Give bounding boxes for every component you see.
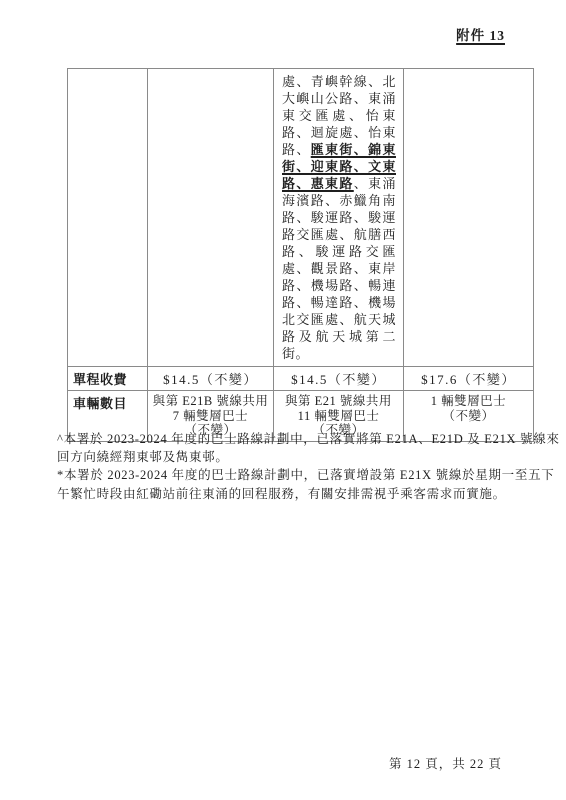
route-line: 路、機場路、暢連 <box>282 277 396 294</box>
route-line: 北交匯處、航天城 <box>282 311 396 328</box>
fare-cell: $17.6（不變） <box>404 367 534 391</box>
route-line: 路、駿運路、駿運 <box>282 209 396 226</box>
route-text-segment: 路、暢達路、機場 <box>282 295 396 310</box>
route-line: 路及航天城第二 <box>282 328 396 345</box>
route-line: 海濱路、赤鱲角南 <box>282 192 396 209</box>
route-line: 路、迴旋處、怡東 <box>282 124 396 141</box>
route-line: 路、匯東街、錦東 <box>282 141 396 158</box>
route-line: 處、青嶼幹線、北 <box>282 73 396 90</box>
route-text-segment: 路、駿運路交匯 <box>282 244 396 259</box>
route-text-segment: 路交匯處、航膳西 <box>282 227 396 242</box>
footnote-line: 回方向繞經翔東邨及雋東邨。 <box>57 448 519 466</box>
route-line: 東交匯處、怡東 <box>282 107 396 124</box>
route-description-cell: 處、青嶼幹線、北 大嶼山公路、東涌 東交匯處、怡東 路、迴旋處、怡東 路、匯東街… <box>274 69 404 367</box>
route-line: 路、惠東路、東涌 <box>282 175 396 192</box>
route-text-segment: 海濱路、赤鱲角南 <box>282 193 396 208</box>
route-text-segment: 路、迴旋處、怡東 <box>282 125 396 140</box>
footnote-line: ^本署於 2023-2024 年度的巴士路線計劃中，已落實將第 E21A、E21… <box>57 430 519 448</box>
route-text-segment: 處、青嶼幹線、北 <box>282 74 396 89</box>
route-line: 街。 <box>282 345 396 362</box>
route-text-segment: 、東涌 <box>354 176 396 191</box>
vehicle-cell-line: 與第 E21 號線共用 <box>276 394 401 409</box>
route-text-segment: 路、駿運路、駿運 <box>282 210 396 225</box>
route-line: 處、觀景路、東岸 <box>282 260 396 277</box>
route-text-highlight: 街、迎東路、文東 <box>282 159 396 174</box>
route-line: 路、暢達路、機場 <box>282 294 396 311</box>
footnote-line: *本署於 2023-2024 年度的巴士路線計劃中，已落實增設第 E21X 號線… <box>57 466 519 484</box>
fare-cell: $14.5（不變） <box>274 367 404 391</box>
page-footer: 第 12 頁，共 22 頁 <box>0 754 502 772</box>
empty-cell <box>68 69 148 367</box>
fare-row-header: 單程收費 <box>68 367 148 391</box>
route-line: 路、駿運路交匯 <box>282 243 396 260</box>
route-line: 街、迎東路、文東 <box>282 158 396 175</box>
route-line: 路交匯處、航膳西 <box>282 226 396 243</box>
routes-table: 處、青嶼幹線、北 大嶼山公路、東涌 東交匯處、怡東 路、迴旋處、怡東 路、匯東街… <box>67 68 534 442</box>
vehicle-cell-line: （不變） <box>406 409 531 424</box>
vehicle-cell-line: 7 輛雙層巴士 <box>150 409 271 424</box>
route-text-segment: 街。 <box>282 346 309 361</box>
footnote-line: 午繁忙時段由紅磡站前往東涌的回程服務，有關安排需視乎乘客需求而實施。 <box>57 485 519 503</box>
document-page: 附件 13 處、青嶼幹線、北 大嶼山公路、東涌 東交匯處、怡東 路、迴旋處、怡東… <box>0 0 566 800</box>
empty-cell <box>404 69 534 367</box>
route-line: 大嶼山公路、東涌 <box>282 90 396 107</box>
vehicle-cell-line: 與第 E21B 號線共用 <box>150 394 271 409</box>
vehicle-cell-line: 1 輛雙層巴士 <box>406 394 531 409</box>
attachment-heading-label: 附件 13 <box>456 28 505 43</box>
route-text-segment: 路及航天城第二 <box>282 329 396 344</box>
route-text-segment: 路、機場路、暢連 <box>282 278 396 293</box>
route-text-segment: 東交匯處、怡東 <box>282 108 396 123</box>
fare-row: 單程收費 $14.5（不變） $14.5（不變） $17.6（不變） <box>68 367 534 391</box>
route-text-highlight: 路、惠東路 <box>282 176 354 191</box>
empty-cell <box>148 69 274 367</box>
route-text-highlight: 匯東街、錦東 <box>311 142 396 157</box>
attachment-heading: 附件 13 <box>0 24 505 44</box>
fare-cell: $14.5（不變） <box>148 367 274 391</box>
route-text-segment: 路、 <box>282 142 311 157</box>
route-continuation-row: 處、青嶼幹線、北 大嶼山公路、東涌 東交匯處、怡東 路、迴旋處、怡東 路、匯東街… <box>68 69 534 367</box>
vehicle-cell-line: 11 輛雙層巴士 <box>276 409 401 424</box>
route-text-segment: 大嶼山公路、東涌 <box>282 91 396 106</box>
route-text-segment: 北交匯處、航天城 <box>282 312 396 327</box>
route-text-segment: 處、觀景路、東岸 <box>282 261 396 276</box>
footnotes: ^本署於 2023-2024 年度的巴士路線計劃中，已落實將第 E21A、E21… <box>57 430 519 503</box>
